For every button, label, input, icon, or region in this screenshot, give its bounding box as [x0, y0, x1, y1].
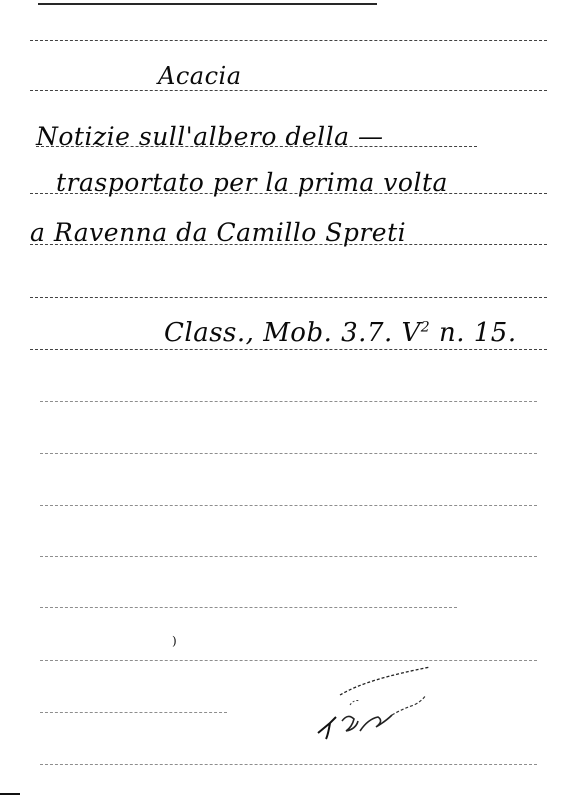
ruled-line	[40, 556, 537, 557]
shelfmark: Class., Mob. 3.7. V2 n. 15.	[164, 318, 517, 348]
ruled-line	[30, 40, 547, 41]
ruled-line	[40, 453, 537, 454]
ruled-line	[40, 764, 537, 765]
edge-mark	[0, 793, 20, 795]
ruled-line	[40, 712, 227, 713]
body-line-3: a Ravenna da Camillo Spreti	[30, 218, 406, 247]
shelfmark-suffix: n. 15.	[430, 318, 516, 348]
body-line-1: Notizie sull'albero della —	[36, 122, 383, 151]
ruled-line	[40, 505, 537, 506]
catalog-card: Acacia Notizie sull'albero della — trasp…	[0, 0, 567, 800]
ruled-line	[40, 607, 457, 608]
ruled-line	[40, 401, 537, 402]
body-line-2: trasportato per la prima volta	[56, 168, 448, 197]
library-stamp-icon	[300, 665, 450, 745]
shelfmark-prefix: Class., Mob. 3.7. V	[164, 318, 421, 348]
card-title: Acacia	[158, 62, 242, 90]
ruled-line	[38, 3, 377, 5]
stray-mark: )	[172, 634, 177, 648]
ruled-line	[30, 297, 547, 298]
ruled-line	[40, 660, 537, 661]
ruled-line	[30, 90, 547, 91]
ruled-line	[30, 349, 547, 350]
shelfmark-superscript: 2	[421, 319, 430, 335]
